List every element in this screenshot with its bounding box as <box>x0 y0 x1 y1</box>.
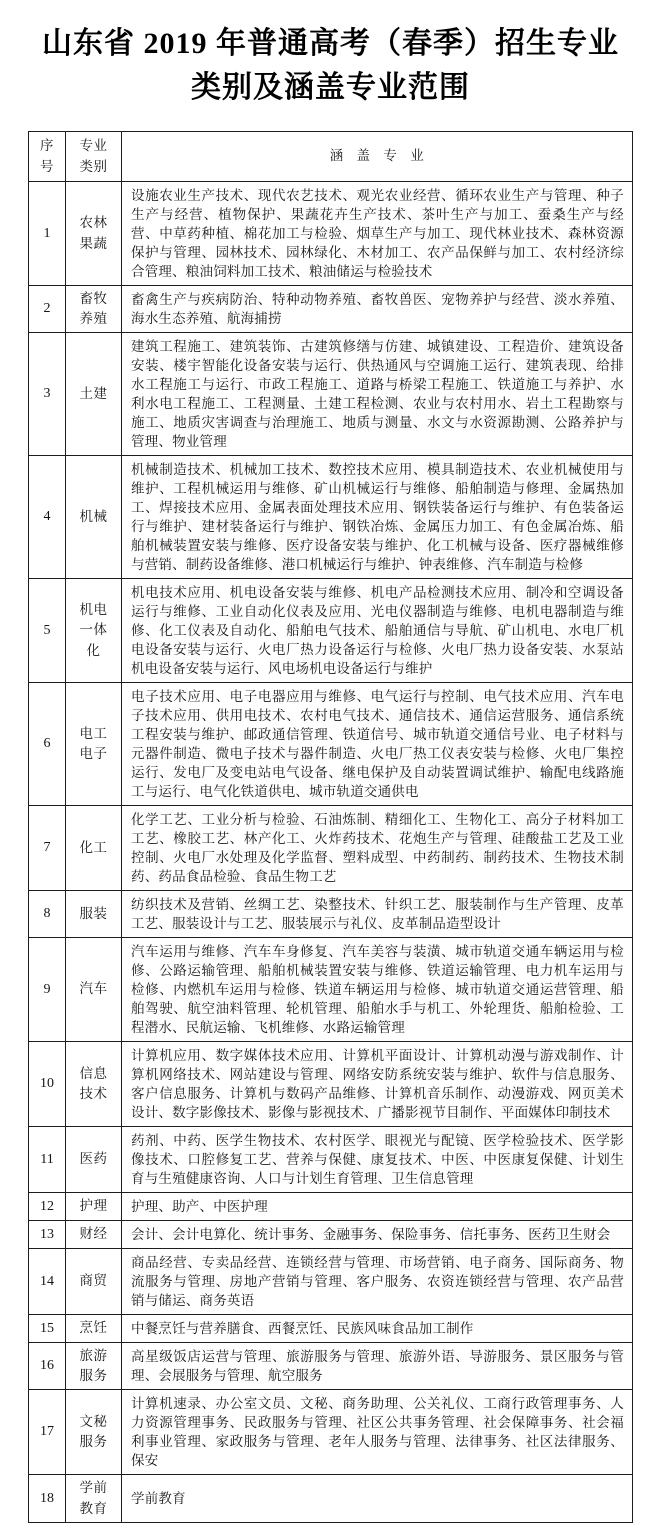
row-number: 9 <box>29 938 66 1042</box>
row-category: 商贸 <box>66 1249 122 1315</box>
row-majors: 中餐烹饪与营养膳食、西餐烹饪、民族风味食品加工制作 <box>122 1315 633 1343</box>
row-majors: 药剂、中药、医学生物技术、农村医学、眼视光与配镜、医学检验技术、医学影像技术、口… <box>122 1127 633 1193</box>
header-no: 序 号 <box>29 132 66 182</box>
row-majors: 畜禽生产与疾病防治、特种动物养殖、畜牧兽医、宠物养护与经营、淡水养殖、海水生态养… <box>122 286 633 333</box>
table-row: 8 服装 纺织技术及营销、丝绸工艺、染整技术、针织工艺、服装制作与生产管理、皮革… <box>29 891 633 938</box>
table-row: 6 电工 电子 电子技术应用、电子电器应用与维修、电气运行与控制、电气技术应用、… <box>29 683 633 806</box>
row-majors: 纺织技术及营销、丝绸工艺、染整技术、针织工艺、服装制作与生产管理、皮革工艺、服装… <box>122 891 633 938</box>
row-number: 5 <box>29 579 66 683</box>
row-number: 11 <box>29 1127 66 1193</box>
table-row: 15 烹饪 中餐烹饪与营养膳食、西餐烹饪、民族风味食品加工制作 <box>29 1315 633 1343</box>
row-majors: 设施农业生产技术、现代农艺技术、观光农业经营、循环农业生产与管理、种子生产与经营… <box>122 182 633 286</box>
page-title-line1: 山东省 2019 年普通高考（春季）招生专业 <box>42 27 619 60</box>
row-category: 学前 教育 <box>66 1475 122 1523</box>
row-majors: 机电技术应用、机电设备安装与维修、机电产品检测技术应用、制冷和空调设备运行与维修… <box>122 579 633 683</box>
row-number: 1 <box>29 182 66 286</box>
row-number: 16 <box>29 1343 66 1390</box>
header-category: 专业 类别 <box>66 132 122 182</box>
row-majors: 商品经营、专卖品经营、连锁经营与管理、市场营销、电子商务、国际商务、物流服务与管… <box>122 1249 633 1315</box>
table-row: 13 财经 会计、会计电算化、统计事务、金融事务、保险事务、信托事务、医药卫生财… <box>29 1221 633 1249</box>
row-category: 信息 技术 <box>66 1042 122 1127</box>
row-number: 18 <box>29 1475 66 1523</box>
row-number: 15 <box>29 1315 66 1343</box>
row-majors: 建筑工程施工、建筑装饰、古建筑修缮与仿建、城镇建设、工程造价、建筑设备安装、楼宇… <box>122 333 633 456</box>
row-number: 17 <box>29 1390 66 1475</box>
table-row: 7 化工 化学工艺、工业分析与检验、石油炼制、精细化工、生物化工、高分子材料加工… <box>29 806 633 891</box>
row-category: 电工 电子 <box>66 683 122 806</box>
row-majors: 汽车运用与维修、汽车车身修复、汽车美容与装潢、城市轨道交通车辆运用与检修、公路运… <box>122 938 633 1042</box>
row-majors: 护理、助产、中医护理 <box>122 1193 633 1221</box>
row-majors: 学前教育 <box>122 1475 633 1523</box>
header-majors: 涵 盖 专 业 <box>122 132 633 182</box>
page-title-line2: 类别及涵盖专业范围 <box>191 71 470 104</box>
row-category: 财经 <box>66 1221 122 1249</box>
row-majors: 会计、会计电算化、统计事务、金融事务、保险事务、信托事务、医药卫生财会 <box>122 1221 633 1249</box>
table-row: 3 土建 建筑工程施工、建筑装饰、古建筑修缮与仿建、城镇建设、工程造价、建筑设备… <box>29 333 633 456</box>
table-row: 17 文秘 服务 计算机速录、办公室文员、文秘、商务助理、公关礼仪、工商行政管理… <box>29 1390 633 1475</box>
row-number: 13 <box>29 1221 66 1249</box>
table-row: 18 学前 教育 学前教育 <box>29 1475 633 1523</box>
row-category: 畜牧 养殖 <box>66 286 122 333</box>
row-category: 机械 <box>66 456 122 579</box>
row-number: 7 <box>29 806 66 891</box>
row-number: 14 <box>29 1249 66 1315</box>
table-row: 12 护理 护理、助产、中医护理 <box>29 1193 633 1221</box>
row-category: 旅游 服务 <box>66 1343 122 1390</box>
row-number: 10 <box>29 1042 66 1127</box>
row-category: 医药 <box>66 1127 122 1193</box>
row-category: 烹饪 <box>66 1315 122 1343</box>
row-category: 服装 <box>66 891 122 938</box>
majors-table: 序 号 专业 类别 涵 盖 专 业 1 农林 果蔬 设施农业生产技术、现代农艺技… <box>28 131 633 1523</box>
table-row: 16 旅游 服务 高星级饭店运营与管理、旅游服务与管理、旅游外语、导游服务、景区… <box>29 1343 633 1390</box>
row-category: 农林 果蔬 <box>66 182 122 286</box>
row-majors: 高星级饭店运营与管理、旅游服务与管理、旅游外语、导游服务、景区服务与管理、会展服… <box>122 1343 633 1390</box>
row-category: 汽车 <box>66 938 122 1042</box>
row-majors: 化学工艺、工业分析与检验、石油炼制、精细化工、生物化工、高分子材料加工工艺、橡胶… <box>122 806 633 891</box>
table-header-row: 序 号 专业 类别 涵 盖 专 业 <box>29 132 633 182</box>
row-number: 3 <box>29 333 66 456</box>
row-number: 2 <box>29 286 66 333</box>
row-number: 12 <box>29 1193 66 1221</box>
row-category: 护理 <box>66 1193 122 1221</box>
row-majors: 电子技术应用、电子电器应用与维修、电气运行与控制、电气技术应用、汽车电子技术应用… <box>122 683 633 806</box>
table-row: 2 畜牧 养殖 畜禽生产与疾病防治、特种动物养殖、畜牧兽医、宠物养护与经营、淡水… <box>29 286 633 333</box>
row-majors: 机械制造技术、机械加工技术、数控技术应用、模具制造技术、农业机械使用与维护、工程… <box>122 456 633 579</box>
row-number: 4 <box>29 456 66 579</box>
table-row: 9 汽车 汽车运用与维修、汽车车身修复、汽车美容与装潢、城市轨道交通车辆运用与检… <box>29 938 633 1042</box>
row-number: 6 <box>29 683 66 806</box>
row-majors: 计算机应用、数字媒体技术应用、计算机平面设计、计算机动漫与游戏制作、计算机网络技… <box>122 1042 633 1127</box>
row-category: 土建 <box>66 333 122 456</box>
table-row: 5 机电 一体 化 机电技术应用、机电设备安装与维修、机电产品检测技术应用、制冷… <box>29 579 633 683</box>
row-majors: 计算机速录、办公室文员、文秘、商务助理、公关礼仪、工商行政管理事务、人力资源管理… <box>122 1390 633 1475</box>
table-row: 4 机械 机械制造技术、机械加工技术、数控技术应用、模具制造技术、农业机械使用与… <box>29 456 633 579</box>
row-number: 8 <box>29 891 66 938</box>
table-row: 10 信息 技术 计算机应用、数字媒体技术应用、计算机平面设计、计算机动漫与游戏… <box>29 1042 633 1127</box>
document-page: 山东省 2019 年普通高考（春季）招生专业类别及涵盖专业范围 序 号 专业 类… <box>0 0 661 1539</box>
row-category: 化工 <box>66 806 122 891</box>
table-row: 1 农林 果蔬 设施农业生产技术、现代农艺技术、观光农业经营、循环农业生产与管理… <box>29 182 633 286</box>
page-title: 山东省 2019 年普通高考（春季）招生专业类别及涵盖专业范围 <box>28 22 633 109</box>
table-row: 14 商贸 商品经营、专卖品经营、连锁经营与管理、市场营销、电子商务、国际商务、… <box>29 1249 633 1315</box>
table-row: 11 医药 药剂、中药、医学生物技术、农村医学、眼视光与配镜、医学检验技术、医学… <box>29 1127 633 1193</box>
row-category: 文秘 服务 <box>66 1390 122 1475</box>
row-category: 机电 一体 化 <box>66 579 122 683</box>
